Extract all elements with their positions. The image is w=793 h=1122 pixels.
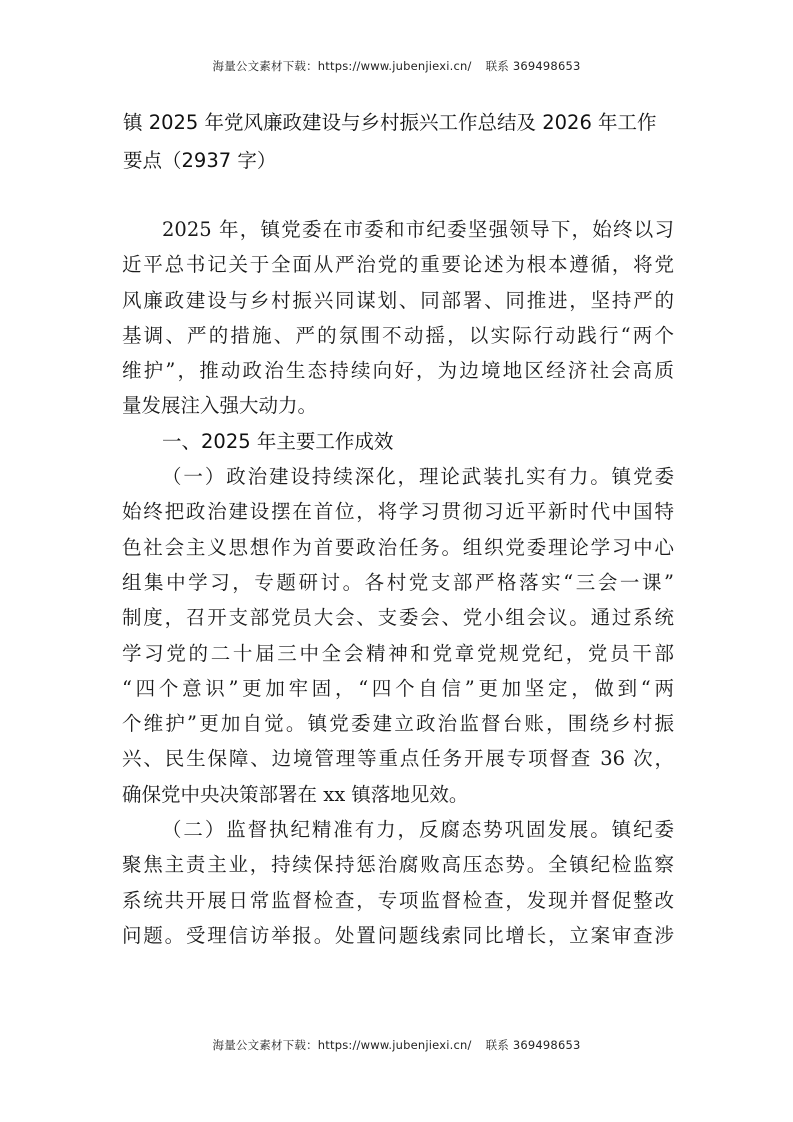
page-header: 海量公文素材下载：https://www.jubenjiexi.cn/联系 36… (0, 58, 793, 74)
intro-paragraph: 2025 年，镇党委在市委和市纪委坚强领导下，始终以习 近平总书记关于全面从严治… (122, 212, 674, 424)
page-footer: 海量公文素材下载：https://www.jubenjiexi.cn/联系 36… (0, 1037, 793, 1053)
paragraph-line: （二）监督执纪精准有力，反腐态势巩固发展。镇纪委 (122, 812, 674, 847)
paragraph-line: 色社会主义思想作为首要政治任务。组织党委理论学习中心 (122, 530, 674, 565)
paragraph-line: （一）政治建设持续深化，理论武装扎实有力。镇党委 (122, 459, 674, 494)
paragraph-line: “四个意识”更加牢固，“四个自信”更加坚定，做到“两 (122, 671, 674, 706)
paragraph-line: 制度，召开支部党员大会、支委会、党小组会议。通过系统 (122, 600, 674, 635)
paragraph-line: 组集中学习，专题研讨。各村党支部严格落实“三会一课” (122, 565, 674, 600)
paragraph-line: 个维护”更加自觉。镇党委建立政治监督台账，围绕乡村振 (122, 706, 674, 741)
paragraph-line: 学习党的二十届三中全会精神和党章党规党纪，党员干部 (122, 636, 674, 671)
paragraph-political-building: （一）政治建设持续深化，理论武装扎实有力。镇党委 始终把政治建设摆在首位，将学习… (122, 459, 674, 812)
paragraph-line: 兴、民生保障、边境管理等重点任务开展专项督查 36 次， (122, 741, 674, 776)
title-line: 镇 2025 年党风廉政建设与乡村振兴工作总结及 2026 年工作 (123, 104, 683, 142)
footer-download-label: 海量公文素材下载：https://www.jubenjiexi.cn/ (213, 1038, 472, 1052)
paragraph-line: 近平总书记关于全面从严治党的重要论述为根本遵循，将党 (122, 247, 674, 282)
section-heading: 一、2025 年主要工作成效 (122, 424, 674, 459)
paragraph-supervision: （二）监督执纪精准有力，反腐态势巩固发展。镇纪委 聚焦主责主业，持续保持惩治腐败… (122, 812, 674, 953)
footer-contact: 联系 369498653 (486, 1038, 581, 1052)
header-download-label: 海量公文素材下载：https://www.jubenjiexi.cn/ (213, 59, 472, 73)
paragraph-line: 系统共开展日常监督检查，专项监督检查，发现并督促整改 (122, 883, 674, 918)
paragraph-line: 量发展注入强大动力。 (122, 388, 674, 423)
document-title: 镇 2025 年党风廉政建设与乡村振兴工作总结及 2026 年工作 要点（293… (123, 104, 683, 180)
paragraph-line: 风廉政建设与乡村振兴同谋划、同部署、同推进，坚持严的 (122, 283, 674, 318)
paragraph-line: 聚焦主责主业，持续保持惩治腐败高压态势。全镇纪检监察 (122, 847, 674, 882)
header-contact: 联系 369498653 (486, 59, 581, 73)
paragraph-line: 2025 年，镇党委在市委和市纪委坚强领导下，始终以习 (122, 212, 674, 247)
title-line: 要点（2937 字） (123, 142, 683, 180)
paragraph-line: 始终把政治建设摆在首位，将学习贯彻习近平新时代中国特 (122, 494, 674, 529)
paragraph-line: 基调、严的措施、严的氛围不动摇，以实际行动践行“两个 (122, 318, 674, 353)
paragraph-line: 维护”，推动政治生态持续向好，为边境地区经济社会高质 (122, 353, 674, 388)
paragraph-line: 确保党中央决策部署在 xx 镇落地见效。 (122, 777, 674, 812)
document-body: 2025 年，镇党委在市委和市纪委坚强领导下，始终以习 近平总书记关于全面从严治… (122, 212, 674, 953)
paragraph-line: 问题。受理信访举报。处置问题线索同比增长，立案审查涉 (122, 918, 674, 953)
